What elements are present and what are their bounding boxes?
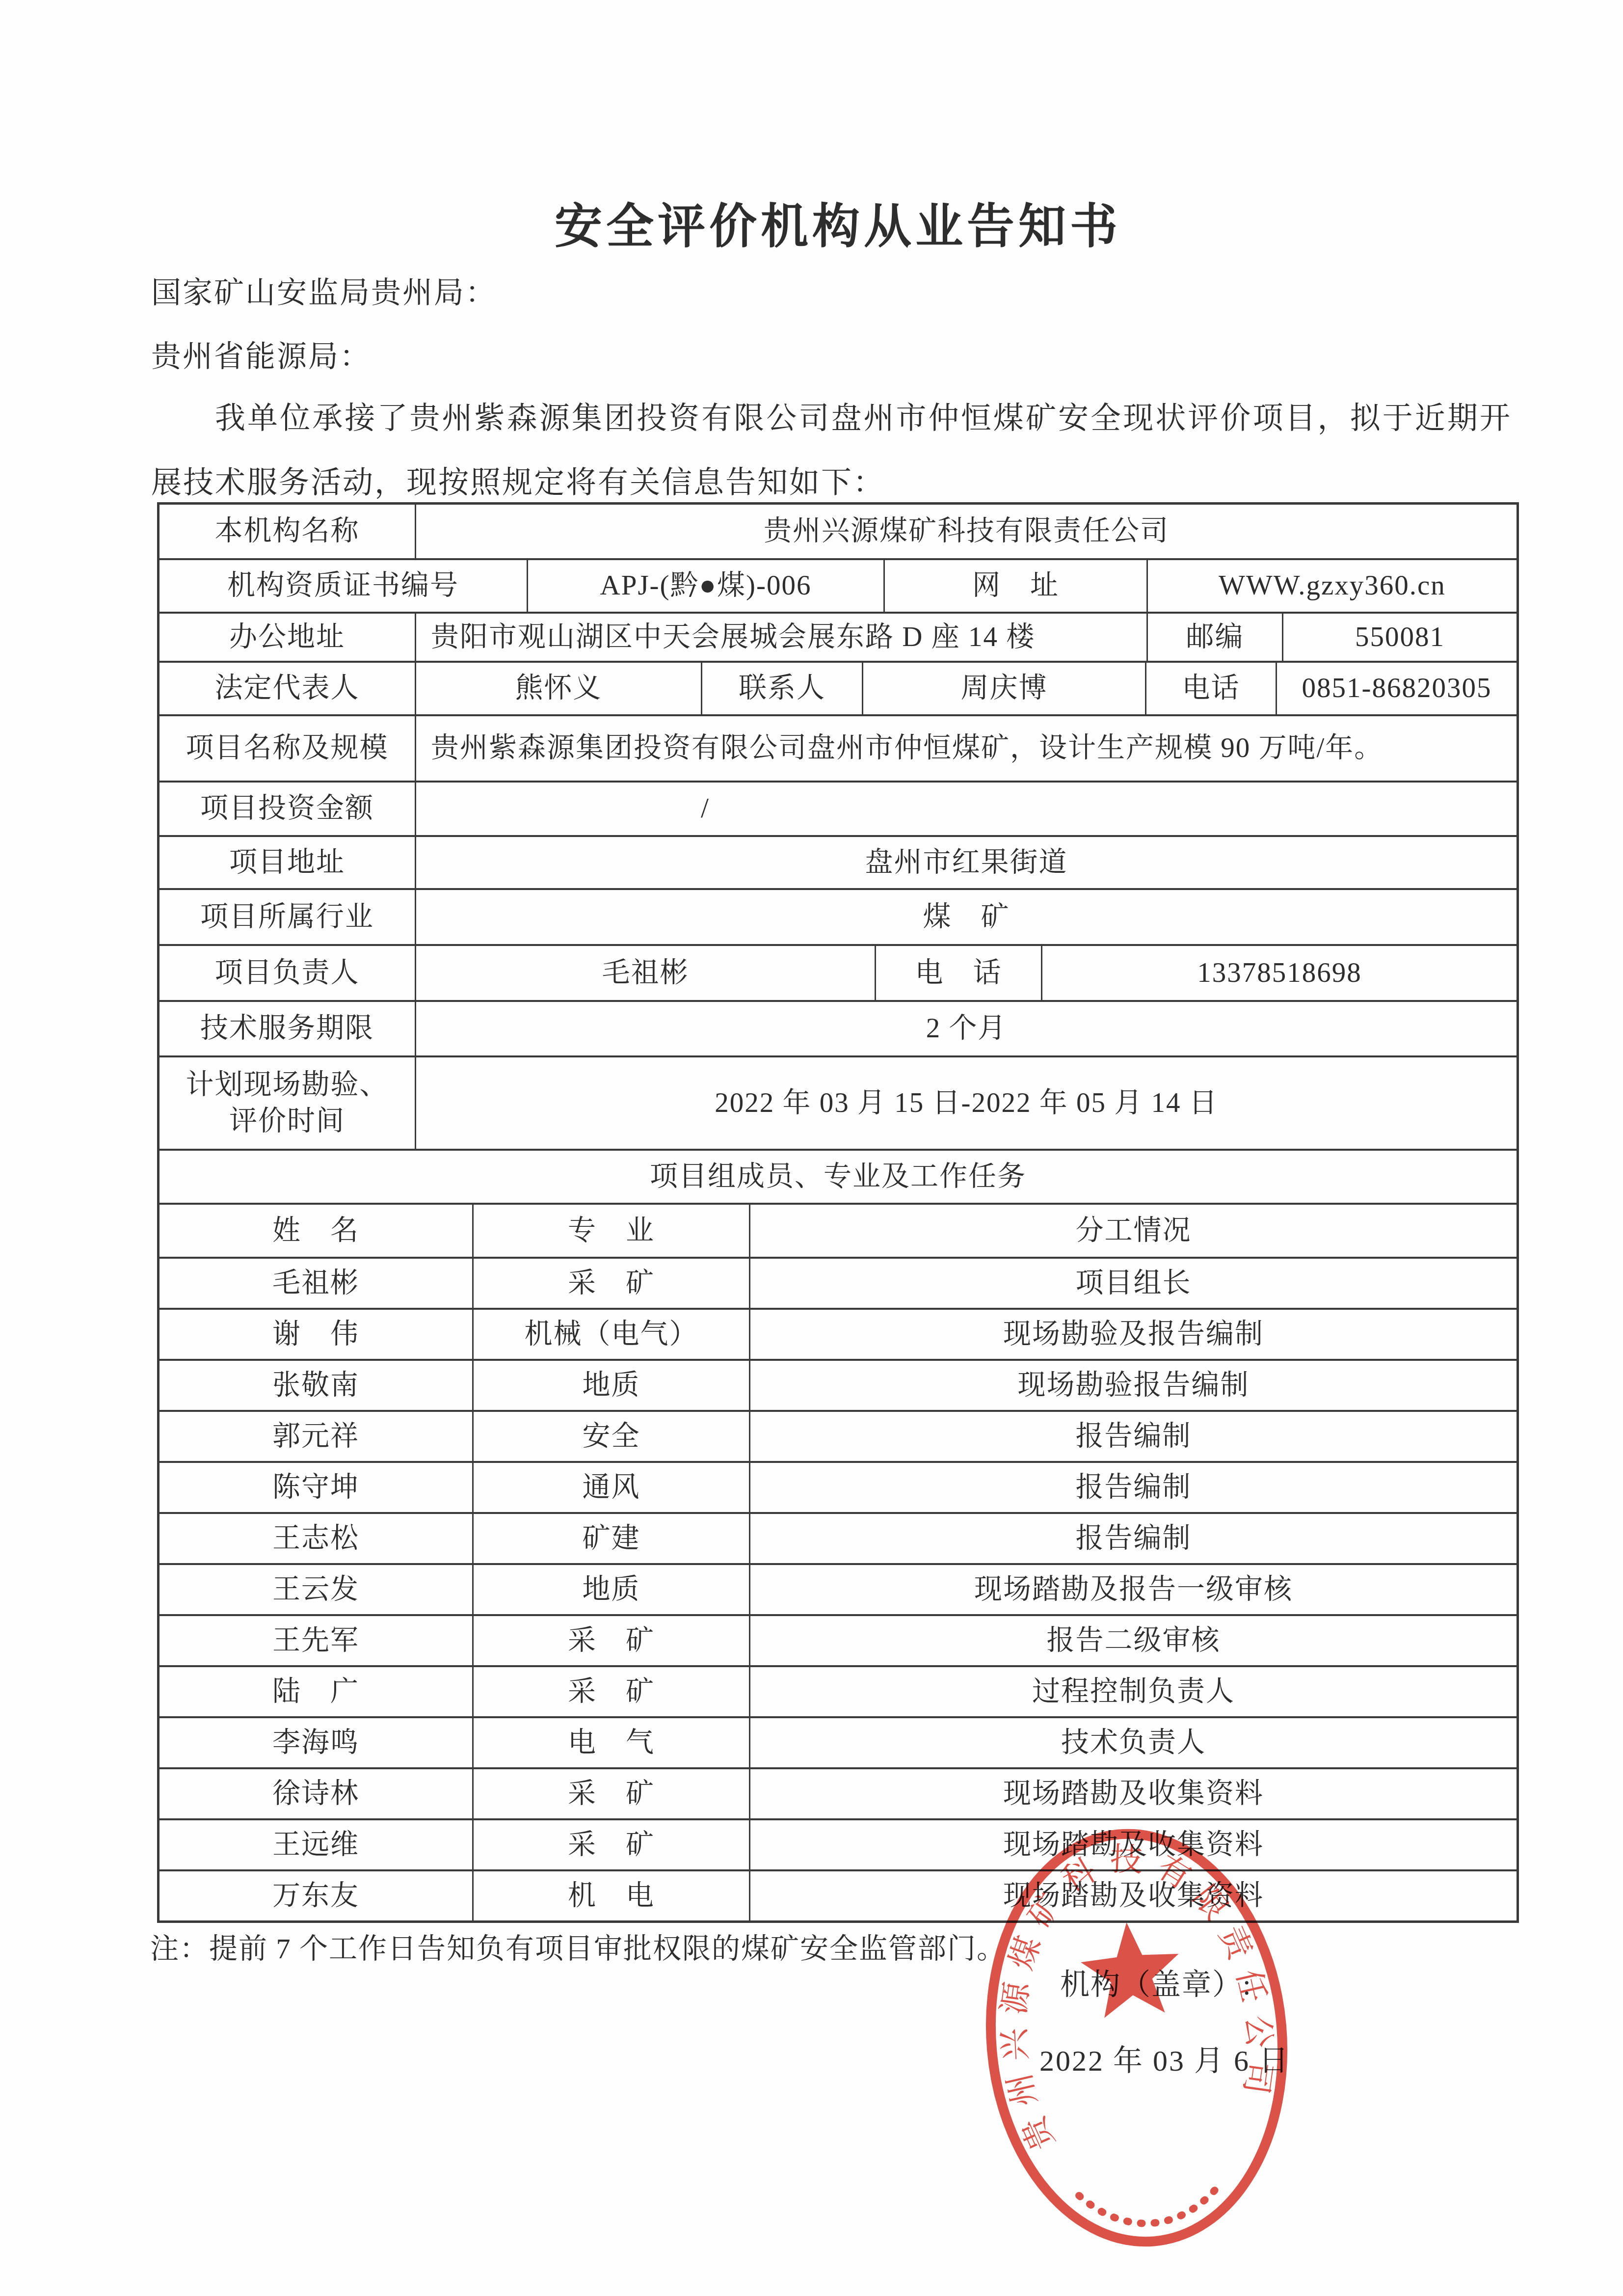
team-member-row: 徐诗林 采 矿 现场踏勘及收集资料 [160,1767,1517,1818]
zip-label: 邮编 [1146,614,1282,661]
row-addr: 项目地址 盘州市红果街道 [160,835,1517,888]
member-task: 过程控制负责人 [749,1667,1517,1716]
member-task: 现场勘验及报告编制 [749,1310,1517,1359]
office-value: 贵阳市观山湖区中天会展城会展东路 D 座 14 楼 [415,614,1146,661]
tel-value: 0851-86820305 [1276,663,1517,714]
invest-label: 项目投资金额 [160,783,415,835]
row-cert: 机构资质证书编号 APJ-(黔●煤)-006 网 址 WWW.gzxy360.c… [160,558,1517,612]
member-task: 现场踏勘及报告一级审核 [749,1565,1517,1614]
member-name: 张敬南 [160,1361,472,1410]
contact-label: 联系人 [701,663,862,714]
website-label: 网 址 [883,560,1146,612]
footnote: 注：提前 7 个工作日告知负有项目审批权限的煤矿安全监管部门。 [150,1925,1006,1967]
member-major: 采 矿 [472,1820,749,1869]
row-leader: 项目负责人 毛祖彬 电 话 13378518698 [160,944,1517,1000]
member-task: 报告编制 [749,1514,1517,1563]
member-name: 李海鸣 [160,1718,472,1767]
info-table: 本机构名称 贵州兴源煤矿科技有限责任公司 机构资质证书编号 APJ-(黔●煤)-… [157,502,1519,1923]
team-member-row: 谢 伟 机械（电气） 现场勘验及报告编制 [160,1308,1517,1359]
signature-date: 2022 年 03 月 6 日 [1039,2037,1290,2080]
member-major: 地质 [472,1565,749,1614]
legal-rep-label: 法定代表人 [160,663,415,714]
row-schedule: 计划现场勘验、评价时间 2022 年 03 月 15 日-2022 年 05 月… [160,1055,1517,1149]
team-header-name: 姓 名 [160,1205,472,1257]
row-project: 项目名称及规模 贵州紫森源集团投资有限公司盘州市仲恒煤矿，设计生产规模 90 万… [160,714,1517,781]
project-addr-value: 盘州市红果街道 [415,837,1517,888]
member-name: 王志松 [160,1514,472,1563]
zip-value: 550081 [1282,614,1517,661]
member-major: 通风 [472,1463,749,1512]
service-period-label: 技术服务期限 [160,1002,415,1055]
member-task: 现场踏勘及收集资料 [749,1820,1517,1869]
schedule-value: 2022 年 03 月 15 日-2022 年 05 月 14 日 [415,1057,1517,1149]
recipient-line-1: 国家矿山安监局贵州局： [151,269,497,312]
member-task: 现场勘验报告编制 [749,1361,1517,1410]
phone-value: 13378518698 [1041,946,1517,1000]
row-invest: 项目投资金额 / [160,781,1517,835]
team-member-row: 郭元祥 安全 报告编制 [160,1410,1517,1461]
team-member-row: 陈守坤 通风 报告编制 [160,1461,1517,1512]
team-member-row: 王志松 矿建 报告编制 [160,1512,1517,1563]
project-label: 项目名称及规模 [160,716,415,781]
member-task: 报告编制 [749,1412,1517,1461]
member-major: 矿建 [472,1514,749,1563]
team-member-row: 张敬南 地质 现场勘验报告编制 [160,1359,1517,1410]
member-task: 项目组长 [749,1259,1517,1308]
seal-caption: 机构（盖章）: [1060,1961,1252,2003]
member-major: 采 矿 [472,1667,749,1716]
org-name-value: 贵州兴源煤矿科技有限责任公司 [415,505,1517,558]
org-name-label: 本机构名称 [160,505,415,558]
team-member-row: 陆 广 采 矿 过程控制负责人 [160,1665,1517,1716]
team-member-row: 李海鸣 电 气 技术负责人 [160,1716,1517,1767]
team-member-row: 王云发 地质 现场踏勘及报告一级审核 [160,1563,1517,1614]
cert-value: APJ-(黔●煤)-006 [527,560,883,612]
member-name: 陈守坤 [160,1463,472,1512]
row-period: 技术服务期限 2 个月 [160,1000,1517,1055]
member-name: 徐诗林 [160,1769,472,1818]
row-org-name: 本机构名称 贵州兴源煤矿科技有限责任公司 [160,505,1517,558]
member-major: 机械（电气） [472,1310,749,1359]
member-name: 王云发 [160,1565,472,1614]
member-name: 王先军 [160,1616,472,1665]
schedule-label: 计划现场勘验、评价时间 [160,1057,415,1149]
member-task: 报告编制 [749,1463,1517,1512]
office-label: 办公地址 [160,614,415,661]
recipient-line-2: 贵州省能源局： [151,333,371,376]
project-addr-label: 项目地址 [160,837,415,888]
member-major: 电 气 [472,1718,749,1767]
leader-value: 毛祖彬 [415,946,875,1000]
member-name: 郭元祥 [160,1412,472,1461]
industry-label: 项目所属行业 [160,890,415,944]
phone-label: 电 话 [875,946,1041,1000]
member-major: 采 矿 [472,1769,749,1818]
member-major: 机 电 [472,1871,749,1920]
page-title: 安全评价机构从业告知书 [157,188,1519,256]
member-name: 万东友 [160,1871,472,1920]
row-industry: 项目所属行业 煤 矿 [160,888,1517,944]
member-task: 技术负责人 [749,1718,1517,1767]
cert-label: 机构资质证书编号 [160,560,527,612]
invest-value: / [415,783,1517,835]
seal-serial-dots [1079,2183,1224,2229]
member-name: 王远维 [160,1820,472,1869]
team-member-row: 毛祖彬 采 矿 项目组长 [160,1257,1517,1308]
contact-value: 周庆博 [862,663,1145,714]
member-major: 采 矿 [472,1259,749,1308]
row-team-headers: 姓 名 专 业 分工情况 [160,1203,1517,1257]
row-legal: 法定代表人 熊怀义 联系人 周庆博 电话 0851-86820305 [160,661,1517,714]
intro-paragraph: 我单位承接了贵州紫森源集团投资有限公司盘州市仲恒煤矿安全现状评价项目，拟于近期开… [151,387,1512,515]
member-major: 安全 [472,1412,749,1461]
team-member-row: 万东友 机 电 现场踏勘及收集资料 [160,1869,1517,1920]
service-period-value: 2 个月 [415,1002,1517,1055]
member-task: 现场踏勘及收集资料 [749,1871,1517,1920]
team-section-title: 项目组成员、专业及工作任务 [160,1151,1517,1203]
row-office: 办公地址 贵阳市观山湖区中天会展城会展东路 D 座 14 楼 邮编 550081 [160,612,1517,661]
member-task: 现场踏勘及收集资料 [749,1769,1517,1818]
leader-label: 项目负责人 [160,946,415,1000]
team-member-rows: 毛祖彬 采 矿 项目组长 谢 伟 机械（电气） 现场勘验及报告编制 张敬南 地质… [160,1257,1517,1920]
team-header-major: 专 业 [472,1205,749,1257]
team-member-row: 王远维 采 矿 现场踏勘及收集资料 [160,1818,1517,1869]
member-task: 报告二级审核 [749,1616,1517,1665]
member-name: 毛祖彬 [160,1259,472,1308]
team-header-task: 分工情况 [749,1205,1517,1257]
project-value: 贵州紫森源集团投资有限公司盘州市仲恒煤矿，设计生产规模 90 万吨/年。 [415,716,1517,781]
team-member-row: 王先军 采 矿 报告二级审核 [160,1614,1517,1665]
member-major: 采 矿 [472,1616,749,1665]
website-value: WWW.gzxy360.cn [1146,560,1517,612]
industry-value: 煤 矿 [415,890,1517,944]
member-major: 地质 [472,1361,749,1410]
row-team-section: 项目组成员、专业及工作任务 [160,1149,1517,1203]
member-name: 陆 广 [160,1667,472,1716]
document-page: 安全评价机构从业告知书 国家矿山安监局贵州局： 贵州省能源局： 我单位承接了贵州… [0,0,1623,2296]
member-name: 谢 伟 [160,1310,472,1359]
legal-rep-value: 熊怀义 [415,663,701,714]
tel-label: 电话 [1145,663,1276,714]
